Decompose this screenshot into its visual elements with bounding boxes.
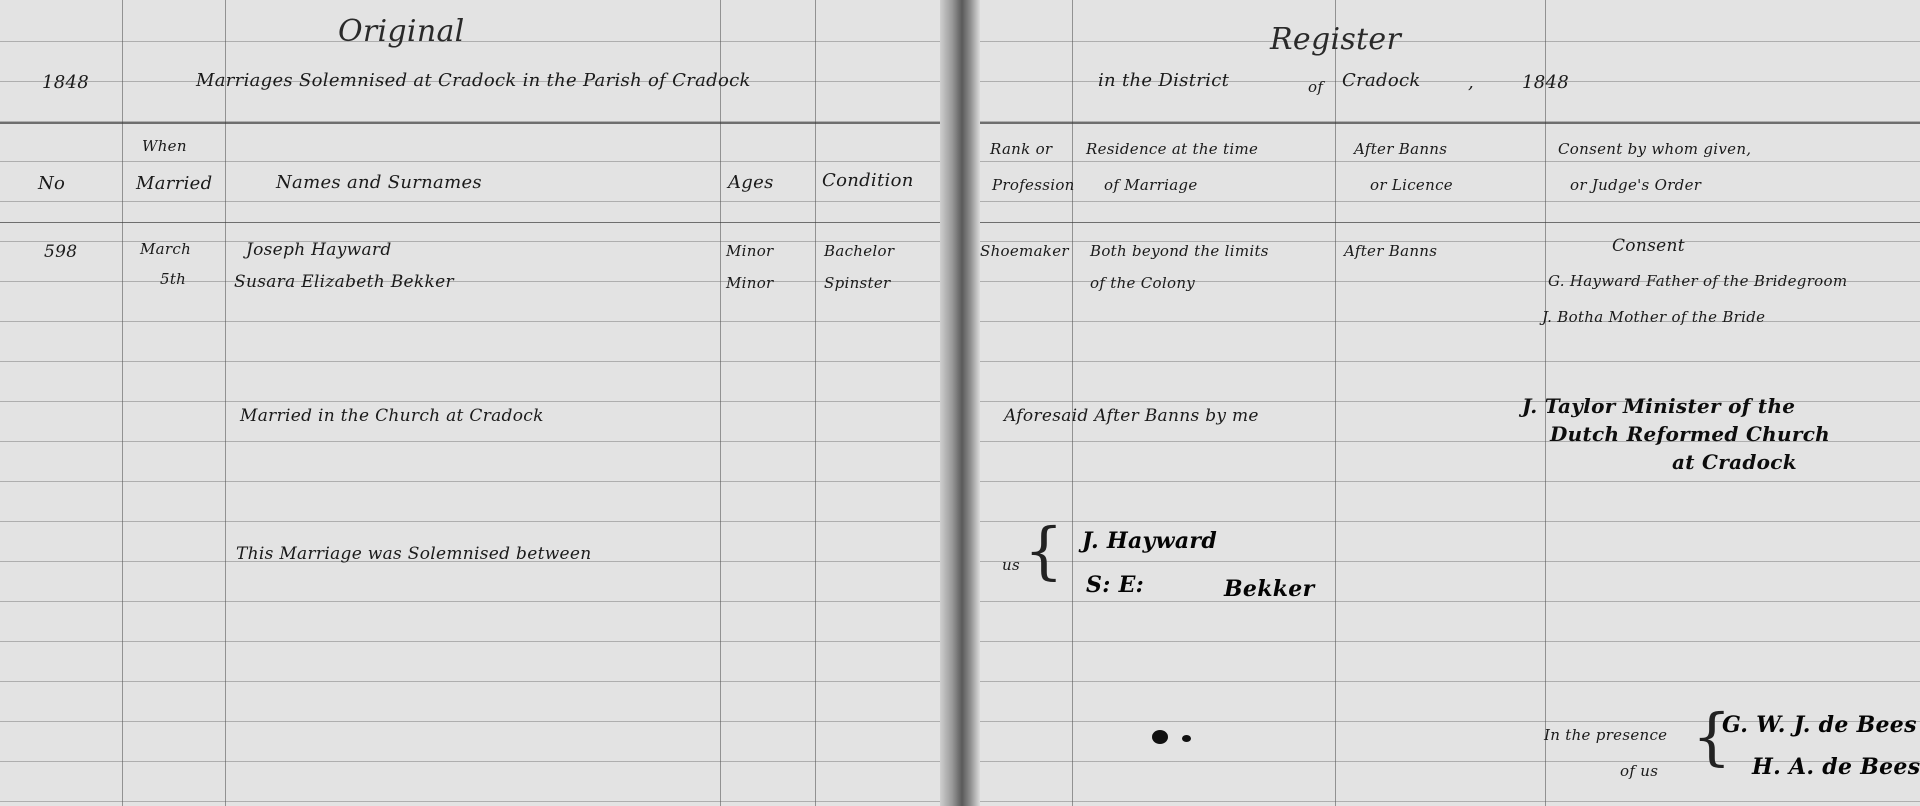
residence-1: Both beyond the limits [1090, 242, 1269, 260]
col-banns-1: After Banns [1354, 140, 1447, 158]
col-no: No [38, 173, 65, 194]
brace-icon: { [1024, 514, 1064, 587]
right-title: Register [1270, 22, 1401, 57]
witness-signature-1: G. W. J. de Bees [1722, 712, 1917, 738]
col-rank-1: Rank or [990, 140, 1052, 158]
year-left: 1848 [42, 72, 89, 93]
groom-condition: Bachelor [824, 242, 894, 260]
col-when-2: Married [136, 173, 212, 194]
bride-condition: Spinster [824, 274, 891, 292]
year-right: 1848 [1522, 72, 1569, 93]
column-heading-rule [0, 222, 940, 223]
column-rule [122, 0, 123, 806]
heading-left: Marriages Solemnised at Cradock in the P… [196, 70, 751, 91]
column-heading-rule [980, 222, 1920, 223]
witness-signature-2: H. A. de Bees [1752, 754, 1920, 780]
column-rule [720, 0, 721, 806]
banns-or-licence: After Banns [1344, 242, 1437, 260]
married-in-church: Married in the Church at Cradock [240, 406, 544, 426]
column-rule [1072, 0, 1073, 806]
solemnised-between: This Marriage was Solemnised between [236, 544, 592, 564]
minister-3: at Cradock [1672, 450, 1797, 474]
heading-right-place: Cradock [1342, 70, 1421, 91]
col-consent-2: or Judge's Order [1570, 176, 1701, 194]
col-names: Names and Surnames [276, 172, 482, 193]
entry-month: March [140, 240, 191, 258]
column-rule [1335, 0, 1336, 806]
ink-blot [1152, 730, 1168, 744]
party-signature-bride-initials: S: E: [1086, 572, 1144, 598]
party-signature-bride-surname: Bekker [1224, 576, 1314, 602]
header-rule [980, 122, 1920, 124]
party-signature-groom: J. Hayward [1082, 528, 1217, 554]
col-residence-2: of Marriage [1104, 176, 1198, 194]
groom-age: Minor [726, 242, 774, 260]
presence-1: In the presence [1544, 726, 1667, 744]
column-rule [225, 0, 226, 806]
left-page [0, 0, 945, 806]
minister-1: J. Taylor Minister of the [1522, 394, 1795, 418]
residence-2: of the Colony [1090, 274, 1195, 292]
rank-profession: Shoemaker [980, 242, 1069, 260]
us-label: us [1002, 556, 1020, 574]
presence-2: of us [1620, 762, 1658, 780]
book-gutter [940, 0, 980, 806]
col-consent-1: Consent by whom given, [1558, 140, 1751, 158]
heading-right-comma: , [1468, 72, 1474, 93]
col-residence-1: Residence at the time [1086, 140, 1258, 158]
heading-right-prefix: in the District [1098, 70, 1229, 91]
consent-mother: J. Botha Mother of the Bride [1542, 308, 1765, 326]
col-ages: Ages [728, 172, 774, 193]
column-rule [815, 0, 816, 806]
bride-age: Minor [726, 274, 774, 292]
col-condition: Condition [822, 170, 914, 191]
header-rule [0, 122, 940, 124]
heading-right-of: of [1308, 78, 1323, 96]
consent-father: G. Hayward Father of the Bridegroom [1548, 272, 1847, 290]
entry-day: 5th [160, 270, 186, 288]
minister-2: Dutch Reformed Church [1550, 422, 1830, 446]
col-rank-2: Profession [992, 176, 1075, 194]
groom-name: Joseph Hayward [246, 240, 392, 260]
entry-number: 598 [44, 242, 77, 262]
left-title: Original [338, 14, 465, 49]
col-banns-2: or Licence [1370, 176, 1453, 194]
col-when-1: When [142, 137, 187, 155]
bride-name: Susara Elizabeth Bekker [234, 272, 454, 292]
ink-blot [1182, 735, 1191, 742]
married-aforesaid: Aforesaid After Banns by me [1004, 406, 1259, 426]
consent-title: Consent [1612, 236, 1685, 256]
